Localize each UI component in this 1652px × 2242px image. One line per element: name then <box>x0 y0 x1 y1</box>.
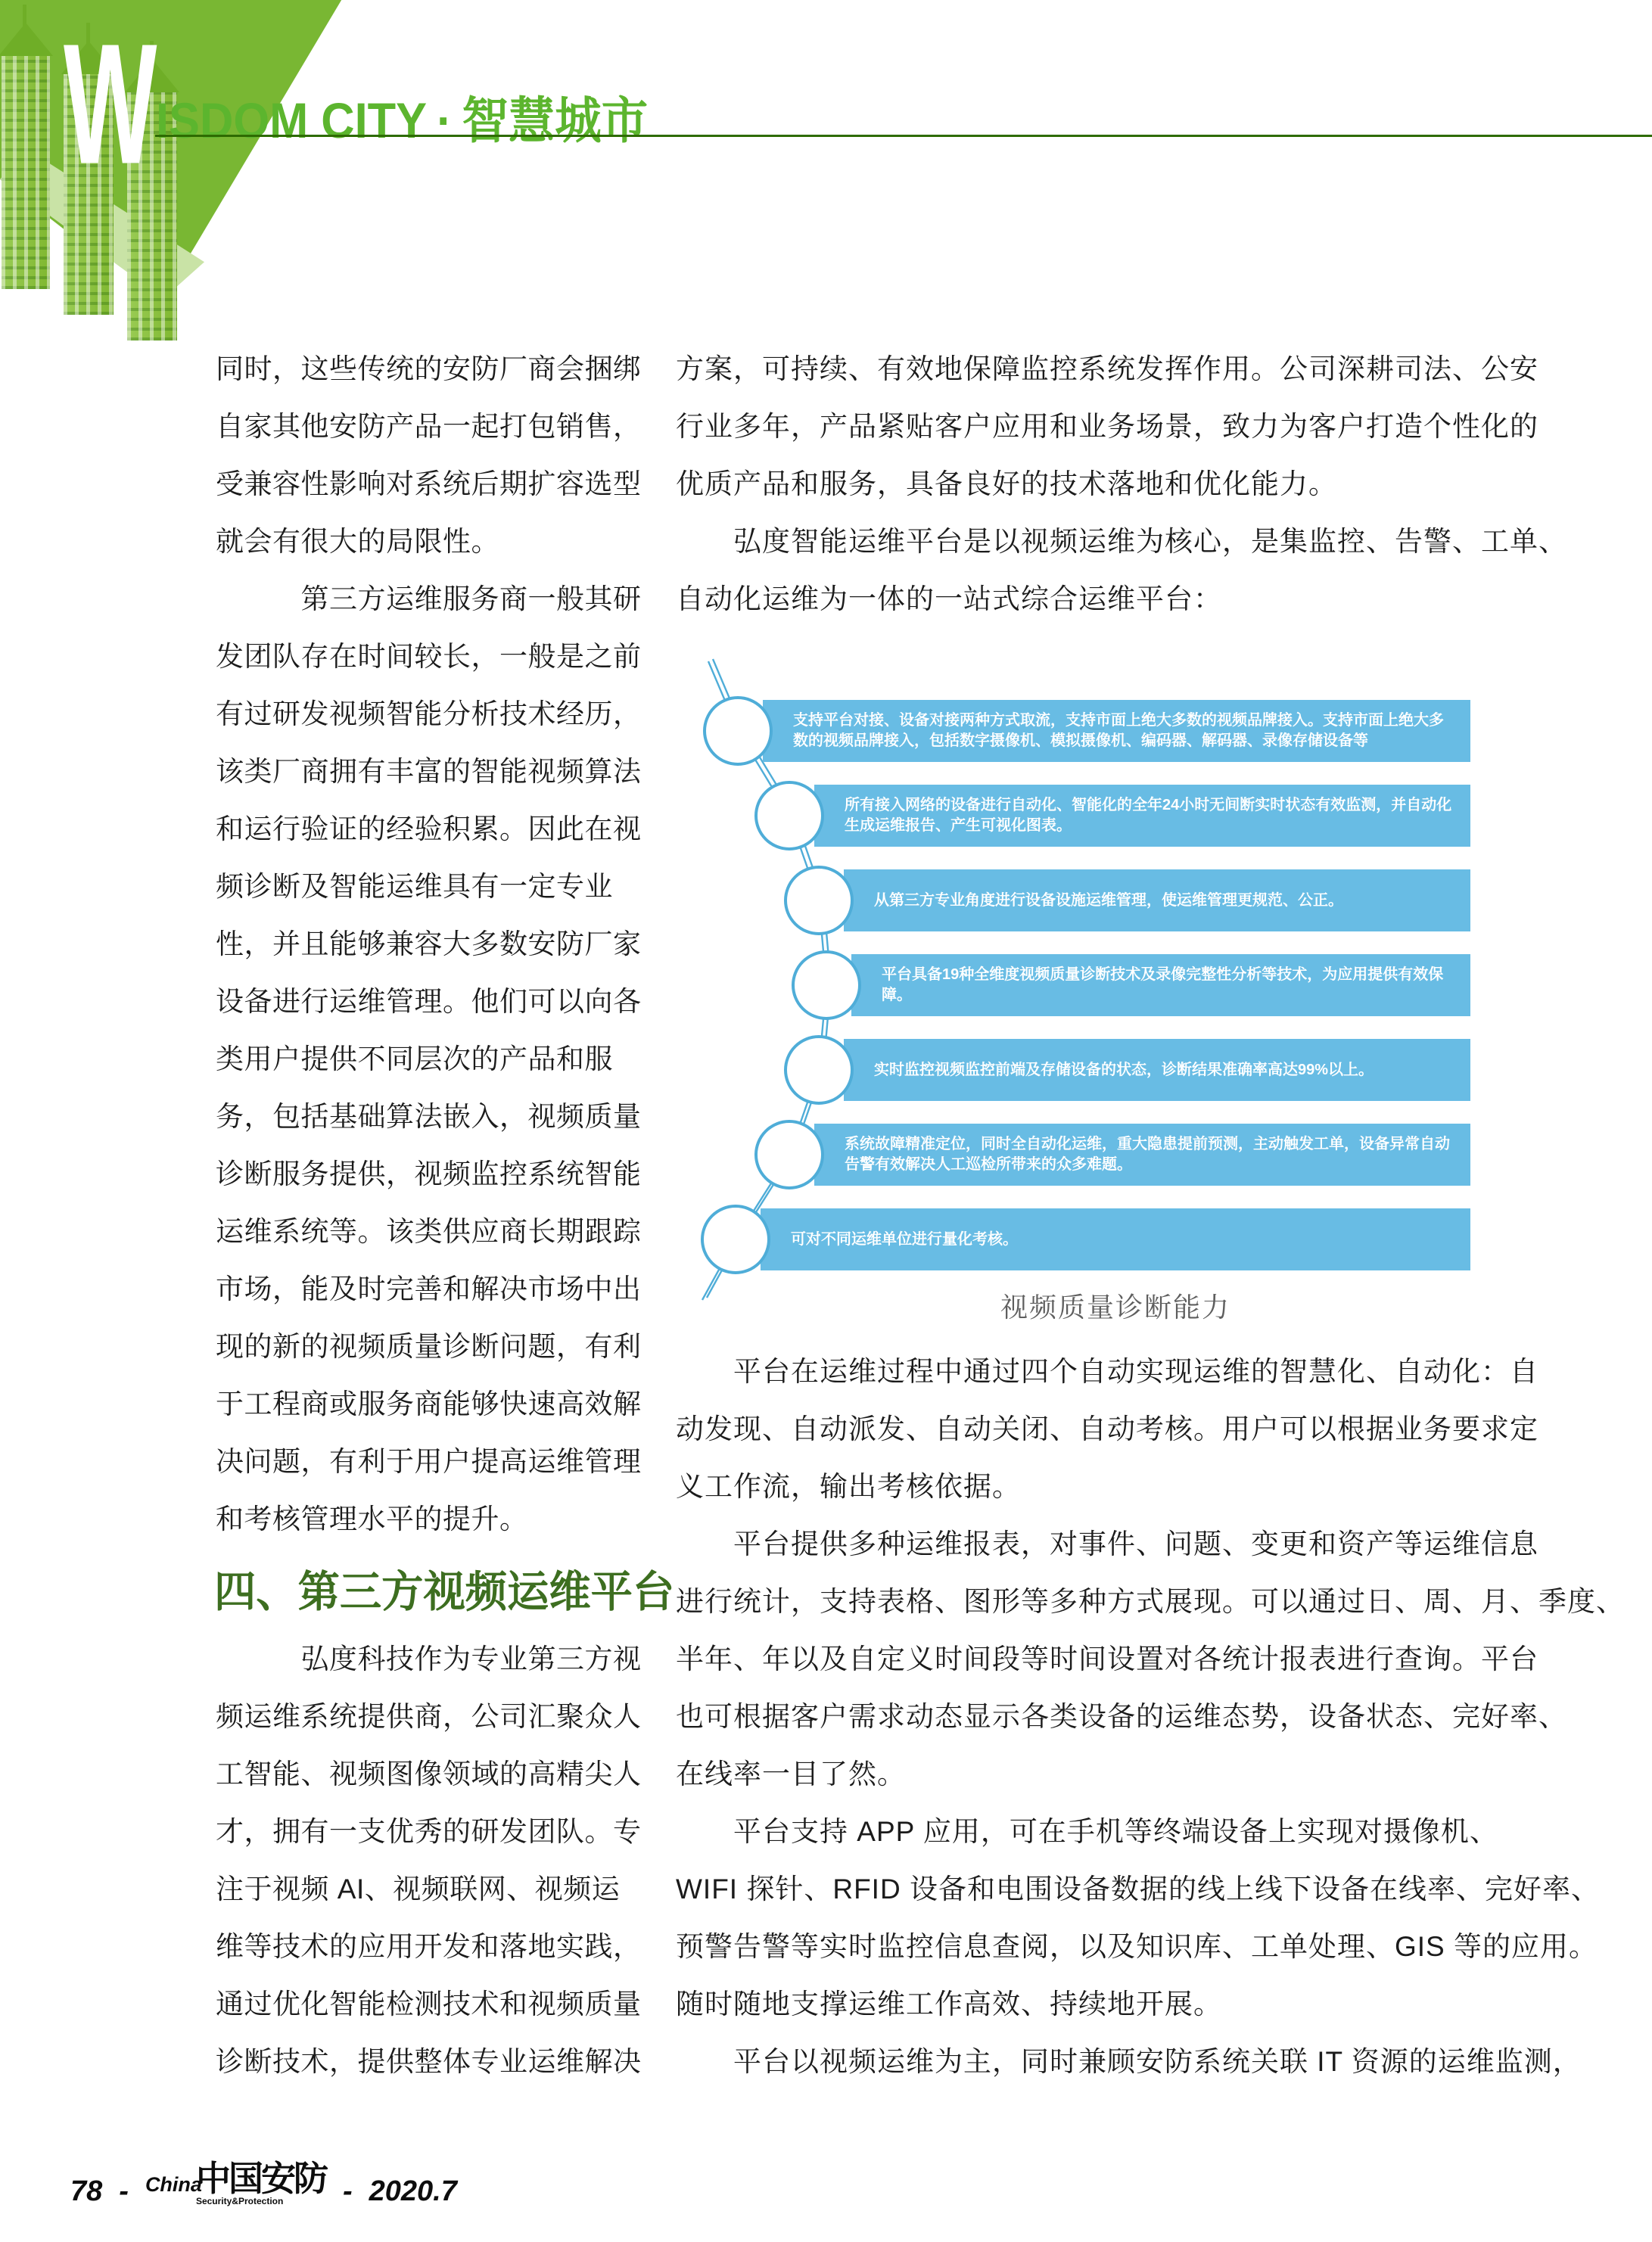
text-line: 诊断服务提供，视频监控系统智能 <box>216 1143 633 1200</box>
text-line: 随时随地支撑运维工作高效、持续地开展。 <box>676 1973 1582 2030</box>
page-number: 78 <box>70 2177 102 2206</box>
text-line: 方案，可持续、有效地保障监控系统发挥作用。公司深耕司法、公安 <box>676 337 1582 395</box>
text-line: 优质产品和服务，具备良好的技术落地和优化能力。 <box>676 452 1582 510</box>
text-line: 就会有很大的局限性。 <box>216 510 633 567</box>
brand-initial-w: W <box>64 36 154 173</box>
section-heading: 四、第三方视频运维平台 <box>214 1557 674 1619</box>
diagram-item-text: 实时监控视频监控前端及存储设备的状态，诊断结果准确率高达99%以上。 <box>874 1060 1374 1081</box>
diagram-item-text: 支持平台对接、设备对接两种方式取流，支持市面上绝大多数的视频品牌接入。支持市面上… <box>793 711 1457 751</box>
logo-text-block: 中国安防 Security&Protection <box>196 2163 326 2206</box>
text-line: 平台在运维过程中通过四个自动实现运维的智慧化、自动化：自 <box>676 1340 1582 1398</box>
text-line: WIFI 探针、RFID 设备和电围设备数据的线上线下设备在线率、完好率、 <box>676 1858 1582 1915</box>
logo-china-script: China <box>145 2175 202 2195</box>
text-line: 务，包括基础算法嵌入，视频质量 <box>216 1085 633 1143</box>
step-circle <box>703 696 773 766</box>
text-line: 弘度智能运维平台是以视频运维为核心，是集监控、告警、工单、 <box>676 510 1582 567</box>
text-line: 决问题，有利于用户提高运维管理 <box>216 1430 633 1488</box>
text-line: 平台提供多种运维报表，对事件、问题、变更和资产等运维信息 <box>676 1513 1582 1570</box>
step-circle <box>784 1035 854 1105</box>
text-line: 类用户提供不同层次的产品和服 <box>216 1028 633 1085</box>
brand-title-en: ISDOM CITY <box>156 92 427 148</box>
diagram-item-box: 系统故障精准定位，同时全自动化运维，重大隐患提前预测，主动触发工单，设备异常自动… <box>814 1124 1470 1186</box>
building-icon <box>2 54 50 289</box>
text-line: 发团队存在时间较长，一般是之前 <box>216 625 633 683</box>
header-divider-line <box>155 135 1652 137</box>
text-line: 和运行验证的经验积累。因此在视 <box>216 798 633 855</box>
text-line: 设备进行运维管理。他们可以向各 <box>216 970 633 1028</box>
text-line: 也可根据客户需求动态显示各类设备的运维态势，设备状态、完好率、 <box>676 1685 1582 1743</box>
text-line: 受兼容性影响对系统后期扩容选型 <box>216 452 633 510</box>
text-line: 半年、年以及自定义时间段等时间设置对各统计报表进行查询。平台 <box>676 1628 1582 1685</box>
page-title: ISDOM CITY·智慧城市 <box>156 80 648 152</box>
step-circle <box>754 1120 824 1189</box>
building-spire-icon <box>23 5 26 27</box>
footer-dash: - <box>343 2177 353 2206</box>
text-line: 进行统计，支持表格、图形等多种方式展现。可以通过日、周、月、季度、 <box>676 1570 1582 1628</box>
text-line: 动发现、自动派发、自动关闭、自动考核。用户可以根据业务要求定 <box>676 1398 1582 1455</box>
text-line: 在线率一目了然。 <box>676 1743 1582 1800</box>
step-circle <box>701 1205 770 1274</box>
issue-date: 2020.7 <box>369 2177 457 2206</box>
capability-diagram: 支持平台对接、设备对接两种方式取流，支持市面上绝大多数的视频品牌接入。支持市面上… <box>681 666 1472 1347</box>
text-line: 才，拥有一支优秀的研发团队。专 <box>216 1800 633 1858</box>
text-line: 频诊断及智能运维具有一定专业 <box>216 855 633 913</box>
diagram-item-box: 平台具备19种全维度视频质量诊断技术及录像完整性分析等技术，为应用提供有效保障。 <box>851 954 1470 1016</box>
diagram-item-text: 平台具备19种全维度视频质量诊断技术及录像完整性分析等技术，为应用提供有效保障。 <box>882 965 1457 1006</box>
text-line: 义工作流，输出考核依据。 <box>676 1455 1582 1513</box>
text-line: 注于视频 AI、视频联网、视频运 <box>216 1858 633 1915</box>
diagram-item-text: 所有接入网络的设备进行自动化、智能化的全年24小时无间断实时状态有效监测，并自动… <box>845 795 1457 836</box>
logo-sub-text: Security&Protection <box>196 2197 326 2206</box>
text-line: 自动化运维为一体的一站式综合运维平台： <box>676 567 1582 625</box>
left-column-paragraphs: 同时，这些传统的安防厂商会捆绑自家其他安防产品一起打包销售，受兼容性影响对系统后… <box>216 337 633 1545</box>
magazine-page: W ISDOM CITY·智慧城市 同时，这些传统的安防厂商会捆绑自家其他安防产… <box>0 0 1652 2242</box>
right-column-paragraphs: 方案，可持续、有效地保障监控系统发挥作用。公司深耕司法、公安行业多年，产品紧贴客… <box>676 337 1582 625</box>
left-column-paragraphs-2: 弘度科技作为专业第三方视频运维系统提供商，公司汇聚众人工智能、视频图像领域的高精… <box>216 1628 633 2088</box>
text-line: 该类厂商拥有丰富的智能视频算法 <box>216 740 633 798</box>
text-line: 维等技术的应用开发和落地实践， <box>216 1915 633 1973</box>
step-circle <box>792 950 861 1020</box>
text-line: 平台支持 APP 应用，可在手机等终端设备上实现对摄像机、 <box>676 1800 1582 1858</box>
text-line: 有过研发视频智能分析技术经历， <box>216 683 633 740</box>
diagram-item-box: 可对不同运维单位进行量化考核。 <box>761 1208 1470 1270</box>
diagram-item-text: 可对不同运维单位进行量化考核。 <box>791 1230 1018 1250</box>
text-line: 诊断技术，提供整体专业运维解决 <box>216 2030 633 2088</box>
building-roof-icon <box>0 23 53 56</box>
text-line: 性，并且能够兼容大多数安防厂家 <box>216 913 633 970</box>
text-line: 第三方运维服务商一般其研 <box>216 567 633 625</box>
logo-cn-text: 中国安防 <box>196 2163 326 2196</box>
text-line: 同时，这些传统的安防厂商会捆绑 <box>216 337 633 395</box>
green-city-graphic: W <box>0 0 363 318</box>
text-line: 频运维系统提供商，公司汇聚众人 <box>216 1685 633 1743</box>
magazine-logo: China 中国安防 Security&Protection <box>145 2163 326 2206</box>
page-footer: 78 - China 中国安防 Security&Protection - 20… <box>70 2163 457 2206</box>
step-circle <box>784 866 854 935</box>
step-circle <box>754 781 824 850</box>
right-column-paragraphs-2: 平台在运维过程中通过四个自动实现运维的智慧化、自动化：自动发现、自动派发、自动关… <box>676 1340 1582 2088</box>
text-line: 于工程商或服务商能够快速高效解 <box>216 1373 633 1430</box>
text-line: 平台以视频运维为主，同时兼顾安防系统关联 IT 资源的运维监测， <box>676 2030 1582 2088</box>
diagram-item-box: 所有接入网络的设备进行自动化、智能化的全年24小时无间断实时状态有效监测，并自动… <box>814 785 1470 847</box>
diagram-item-text: 系统故障精准定位，同时全自动化运维，重大隐患提前预测，主动触发工单，设备异常自动… <box>845 1134 1457 1175</box>
brand-title-cn: 智慧城市 <box>462 92 649 148</box>
diagram-item-box: 支持平台对接、设备对接两种方式取流，支持市面上绝大多数的视频品牌接入。支持市面上… <box>763 700 1470 762</box>
diagram-item-box: 实时监控视频监控前端及存储设备的状态，诊断结果准确率高达99%以上。 <box>844 1039 1470 1101</box>
text-line: 市场，能及时完善和解决市场中出 <box>216 1258 633 1315</box>
text-line: 运维系统等。该类供应商长期跟踪 <box>216 1200 633 1258</box>
text-line: 弘度科技作为专业第三方视 <box>216 1628 633 1685</box>
text-line: 现的新的视频质量诊断问题，有利 <box>216 1315 633 1373</box>
diagram-item-text: 从第三方专业角度进行设备设施运维管理，使运维管理更规范、公正。 <box>874 891 1343 911</box>
text-line: 工智能、视频图像领域的高精尖人 <box>216 1743 633 1800</box>
brand-title-separator: · <box>427 92 462 148</box>
text-line: 预警告警等实时监控信息查阅，以及知识库、工单处理、GIS 等的应用。 <box>676 1915 1582 1973</box>
text-line: 和考核管理水平的提升。 <box>216 1488 633 1545</box>
text-line: 通过优化智能检测技术和视频质量 <box>216 1973 633 2030</box>
diagram-item-box: 从第三方专业角度进行设备设施运维管理，使运维管理更规范、公正。 <box>844 869 1470 931</box>
text-line: 行业多年，产品紧贴客户应用和业务场景，致力为客户打造个性化的 <box>676 395 1582 452</box>
text-line: 自家其他安防产品一起打包销售， <box>216 395 633 452</box>
footer-dash: - <box>119 2177 129 2206</box>
